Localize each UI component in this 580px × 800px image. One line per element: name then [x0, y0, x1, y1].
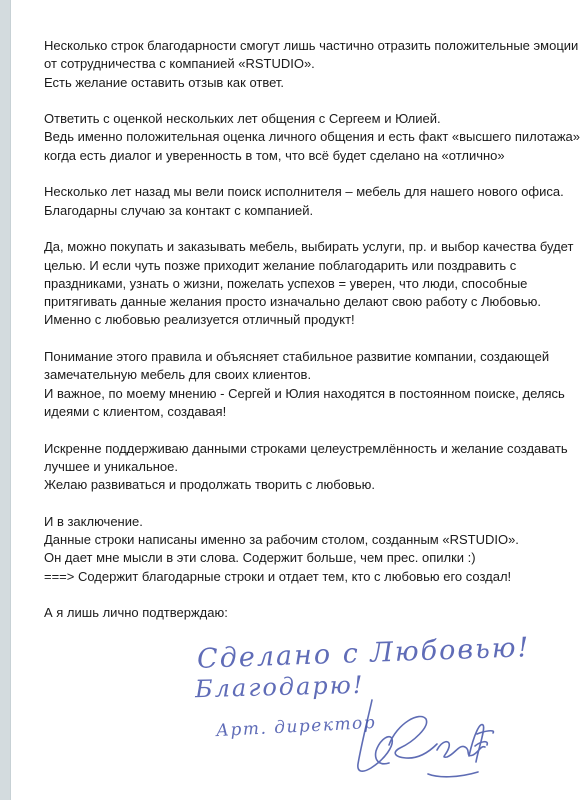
text-line: целью. И если чуть позже приходит желани…	[44, 257, 556, 275]
text-line: лучшее и уникальное.	[44, 458, 556, 476]
paragraph-search-history: Несколько лет назад мы вели поиск исполн…	[44, 183, 556, 220]
text-line: притягивать данные желания просто изнача…	[44, 293, 556, 311]
text-line: Он дает мне мысли в эти слова. Содержит …	[44, 549, 556, 567]
text-line: Да, можно покупать и заказывать мебель, …	[44, 238, 556, 256]
text-line: Искренне поддерживаю данными строками це…	[44, 440, 556, 458]
text-line: Несколько строк благодарности смогут лиш…	[44, 37, 556, 55]
paragraph-gratitude-intro: Несколько строк благодарности смогут лиш…	[44, 37, 556, 92]
text-line: когда есть диалог и уверенность в том, ч…	[44, 147, 556, 165]
text-line: А я лишь лично подтверждаю:	[44, 604, 556, 622]
paragraph-quality-love: Да, можно покупать и заказывать мебель, …	[44, 238, 556, 329]
text-line: Желаю развиваться и продолжать творить с…	[44, 476, 556, 494]
letter-body: Несколько строк благодарности смогут лиш…	[44, 37, 556, 641]
text-line: Понимание этого правила и объясняет стаб…	[44, 348, 556, 366]
paragraph-communication: Ответить с оценкой нескольких лет общени…	[44, 110, 556, 165]
text-line: И важное, по моему мнению - Сергей и Юли…	[44, 385, 556, 403]
text-line: Ведь именно положительная оценка личного…	[44, 128, 556, 146]
paragraph-company-growth: Понимание этого правила и объясняет стаб…	[44, 348, 556, 421]
text-line: Именно с любовью реализуется отличный пр…	[44, 311, 556, 329]
text-line: Благодарны случаю за контакт с компанией…	[44, 202, 556, 220]
text-line: от сотрудничества с компанией «RSTUDIO».	[44, 55, 556, 73]
text-line: замечательную мебель для своих клиентов.	[44, 366, 556, 384]
paragraph-conclusion: И в заключение. Данные строки написаны и…	[44, 513, 556, 586]
signature-scribble	[328, 694, 498, 786]
text-line: Есть желание оставить отзыв как ответ.	[44, 74, 556, 92]
text-line: идеями с клиентом, создавая!	[44, 403, 556, 421]
text-line: И в заключение.	[44, 513, 556, 531]
text-line: Несколько лет назад мы вели поиск исполн…	[44, 183, 556, 201]
text-line: Ответить с оценкой нескольких лет общени…	[44, 110, 556, 128]
page-left-edge-strip	[0, 0, 11, 800]
text-line: ===> Содержит благодарные строки и отдае…	[44, 568, 556, 586]
text-line: праздниками, узнать о жизни, пожелать ус…	[44, 275, 556, 293]
paragraph-confirmation: А я лишь лично подтверждаю:	[44, 604, 556, 622]
text-line: Данные строки написаны именно за рабочим…	[44, 531, 556, 549]
paragraph-support-wishes: Искренне поддерживаю данными строками це…	[44, 440, 556, 495]
